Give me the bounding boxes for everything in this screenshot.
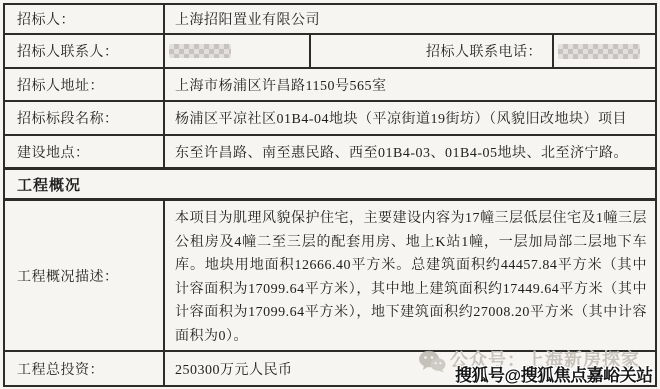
sohu-account-watermark: 搜狐号@搜狐焦点嘉峪关站 [455, 361, 653, 386]
investment-label: 工程总投资： [5, 352, 165, 385]
bidder-label: 招标人： [5, 5, 165, 33]
location-value: 东至许昌路、南至惠民路、西至01B4-03、01B4-05地块、北至济宁路。 [165, 136, 655, 167]
tender-section-label: 招标标段名称： [5, 102, 165, 134]
tender-section-value: 杨浦区平凉社区01B4-04地块（平凉街道19街坊）（风貌旧改地块）项目 [165, 102, 655, 134]
address-label: 招标人地址： [5, 69, 165, 100]
table-row-location: 建设地点： 东至许昌路、南至惠民路、西至01B4-03、01B4-05地块、北至… [5, 136, 655, 170]
overview-label: 工程概况描述： [5, 201, 165, 350]
overview-value: 本项目为肌理风貌保护住宅，主要建设内容为17幢三层低层住宅及1幢三层公租房及4幢… [165, 201, 655, 350]
location-label: 建设地点： [5, 136, 165, 167]
scanned-tender-document: 招标人： 上海招阳置业有限公司 招标人联系人： 招标人联系电话： 招标人地址： … [0, 0, 660, 389]
contact-phone-cell [554, 35, 655, 67]
contact-phone-redacted-blur [558, 44, 640, 59]
table-row-section-header: 工程概况 [5, 170, 655, 201]
bidder-value: 上海招阳置业有限公司 [165, 5, 655, 33]
wechat-icon [418, 350, 446, 378]
tender-info-table: 招标人： 上海招阳置业有限公司 招标人联系人： 招标人联系电话： 招标人地址： … [3, 3, 657, 387]
table-row-bidder: 招标人： 上海招阳置业有限公司 [5, 5, 655, 35]
table-row-tender-section: 招标标段名称： 杨浦区平凉社区01B4-04地块（平凉街道19街坊）（风貌旧改地… [5, 102, 655, 136]
table-row-overview: 工程概况描述： 本项目为肌理风貌保护住宅，主要建设内容为17幢三层低层住宅及1幢… [5, 201, 655, 352]
contact-name-cell [165, 35, 311, 67]
address-value: 上海市杨浦区许昌路1150号565室 [165, 69, 655, 100]
contact-phone-label: 招标人联系电话： [311, 35, 554, 67]
contact-name-redacted-blur [169, 44, 231, 58]
contact-name-label: 招标人联系人： [5, 35, 165, 67]
table-row-contact: 招标人联系人： 招标人联系电话： [5, 35, 655, 69]
section-header: 工程概况 [5, 170, 81, 198]
table-row-address: 招标人地址： 上海市杨浦区许昌路1150号565室 [5, 69, 655, 102]
